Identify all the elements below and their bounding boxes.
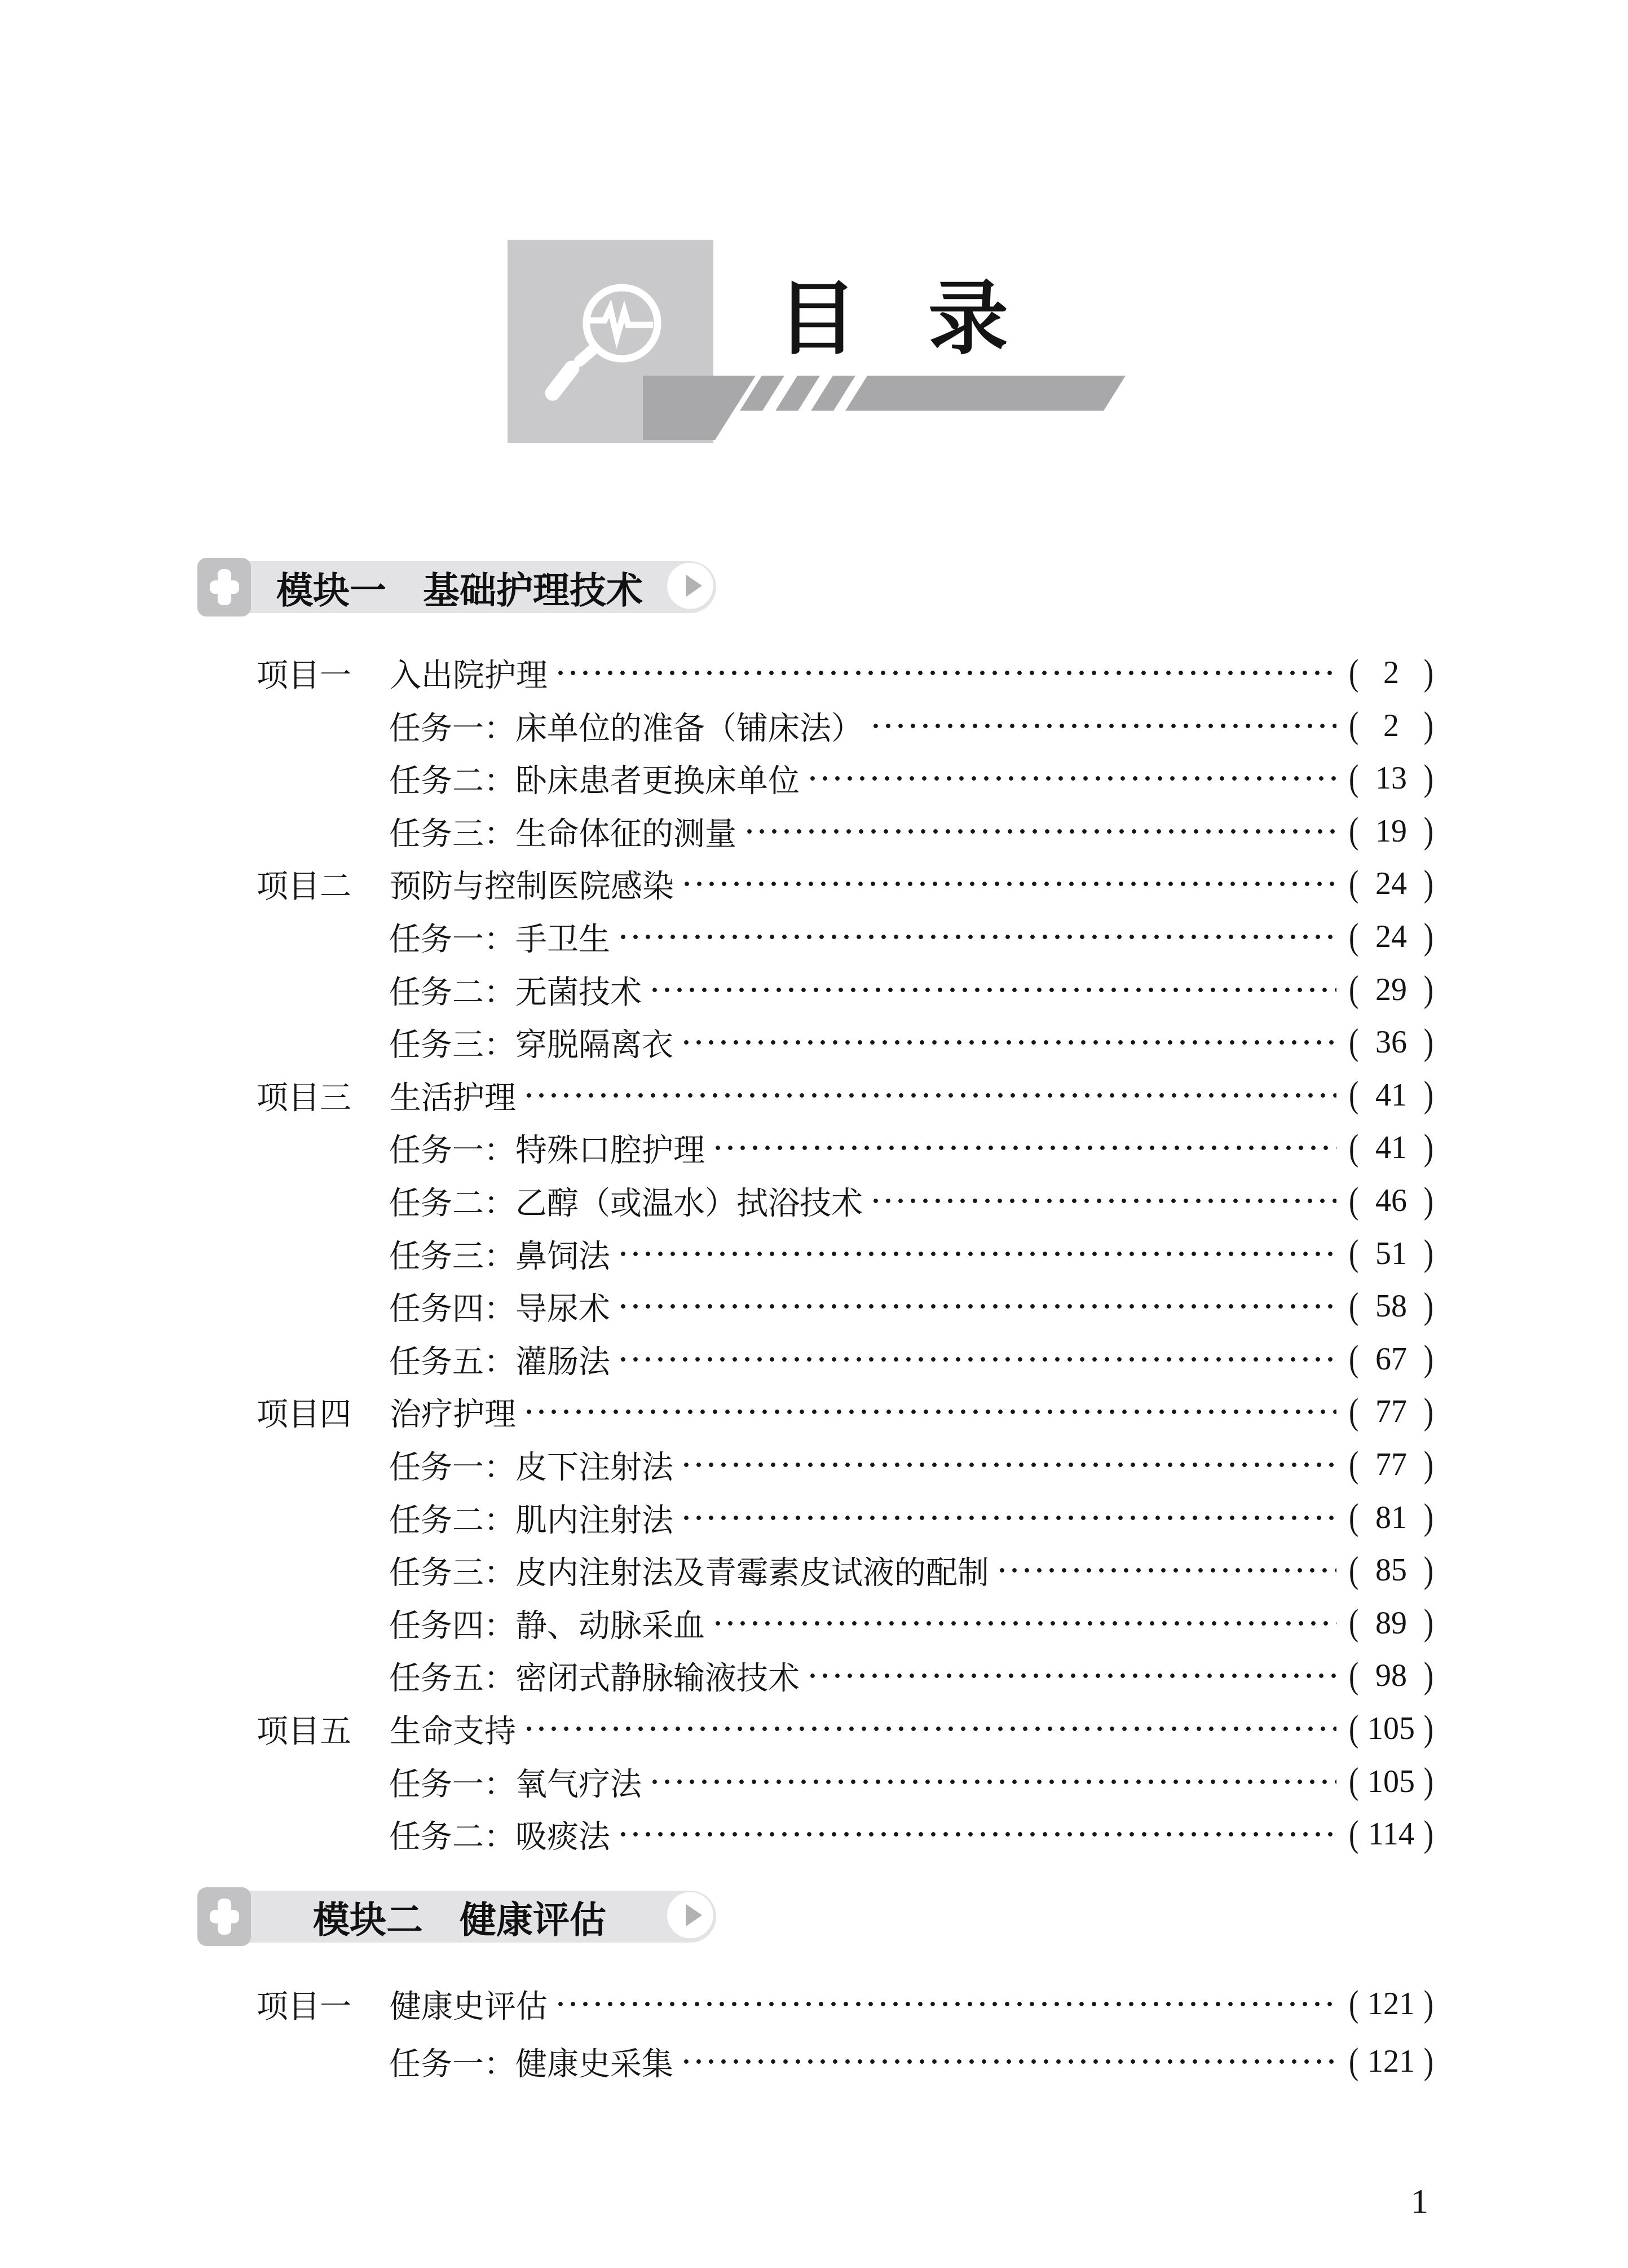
toc-entry-label: 任务一：手卫生 — [389, 914, 610, 959]
toc-entry-prefix: 项目五 — [257, 1706, 351, 1751]
toc-row: 任务三：生命体征的测量(19) — [389, 811, 1433, 852]
toc-page-number: (77) — [1349, 1394, 1433, 1430]
toc-row: 任务三：穿脱隔离衣(36) — [389, 1021, 1433, 1063]
dot-leader — [996, 1549, 1336, 1591]
toc-page-number: (29) — [1349, 972, 1433, 1008]
toc-entry-label: 任务三：穿脱隔离衣 — [389, 1020, 673, 1065]
toc-row: 项目一入出院护理(2) — [257, 652, 1433, 694]
page-number-value: 58 — [1375, 1288, 1407, 1324]
toc-row: 任务一：皮下注射法(77) — [389, 1444, 1433, 1486]
page-number-value: 41 — [1375, 1077, 1407, 1113]
toc-row: 项目二预防与控制医院感染(24) — [257, 863, 1433, 905]
page-number-value: 36 — [1375, 1024, 1407, 1060]
toc-page: 目 录 模块一 基础护理技术项目一入出院护理(2)任务一：床单位的准备（铺床法）… — [0, 0, 1628, 2268]
page-number-value: 121 — [1367, 1986, 1415, 2022]
page-number-value: 29 — [1375, 972, 1407, 1008]
toc-entry-label: 任务一：床单位的准备（铺床法） — [389, 703, 863, 748]
dot-leader — [523, 1391, 1336, 1433]
dot-leader — [743, 811, 1336, 852]
paren-open: ( — [1349, 1983, 1358, 2025]
dot-leader — [554, 652, 1336, 694]
dot-leader — [870, 705, 1336, 747]
toc-page-number: (58) — [1349, 1288, 1433, 1324]
paren-close: ) — [1424, 1233, 1433, 1275]
dot-leader — [523, 1074, 1336, 1116]
toc-entry-label: 生命支持 — [390, 1706, 516, 1751]
medical-cross-icon — [197, 1887, 251, 1949]
toc-entry-prefix: 项目二 — [257, 861, 351, 906]
page-number-value: 51 — [1375, 1236, 1407, 1272]
page-number-value: 85 — [1375, 1552, 1407, 1588]
paren-open: ( — [1349, 1233, 1358, 1275]
paren-close: ) — [1424, 1021, 1433, 1063]
page-number-value: 19 — [1375, 813, 1407, 849]
toc-entry-label: 任务三：生命体征的测量 — [389, 809, 736, 854]
dot-leader — [680, 1021, 1336, 1063]
toc-entry-label: 预防与控制医院感染 — [390, 861, 674, 906]
dot-leader — [617, 1233, 1336, 1275]
paren-close: ) — [1424, 1391, 1433, 1433]
toc-row: 任务一：手卫生(24) — [389, 916, 1433, 958]
module-banner-label: 模块二 健康评估 — [313, 1890, 606, 1943]
dot-leader — [680, 2041, 1336, 2082]
toc-entry-label: 任务五：灌肠法 — [389, 1337, 610, 1382]
toc-entry-label: 任务一：特殊口腔护理 — [389, 1125, 705, 1170]
toc-entry-label: 任务一：健康史采集 — [389, 2039, 673, 2084]
page-number-value: 77 — [1375, 1394, 1407, 1430]
page-number-value: 121 — [1367, 2044, 1415, 2080]
toc-row: 任务四：静、动脉采血(89) — [389, 1602, 1433, 1644]
paren-close: ) — [1424, 1983, 1433, 2025]
paren-close: ) — [1424, 1602, 1433, 1644]
toc-row: 项目三生活护理(41) — [257, 1074, 1433, 1116]
paren-close: ) — [1424, 705, 1433, 747]
page-number-value: 77 — [1375, 1447, 1407, 1483]
module-banner: 模块二 健康评估 — [197, 1891, 716, 1943]
module-banner-label: 模块一 基础护理技术 — [276, 561, 643, 614]
toc-page-number: (41) — [1349, 1130, 1433, 1166]
paren-open: ( — [1349, 1761, 1358, 1803]
dot-leader — [806, 1655, 1336, 1697]
paren-open: ( — [1349, 1285, 1358, 1327]
page-number-value: 114 — [1368, 1816, 1414, 1852]
dot-leader — [648, 1761, 1336, 1803]
paren-open: ( — [1349, 1549, 1358, 1591]
page-number-value: 41 — [1375, 1130, 1407, 1166]
paren-close: ) — [1424, 1128, 1433, 1169]
toc-page-number: (114) — [1349, 1816, 1433, 1852]
page-number-value: 98 — [1375, 1658, 1407, 1694]
dot-leader — [681, 863, 1336, 905]
paren-close: ) — [1424, 1549, 1433, 1591]
toc-page-number: (105) — [1349, 1764, 1433, 1800]
page-number-value: 67 — [1375, 1341, 1407, 1377]
paren-open: ( — [1349, 705, 1358, 747]
dot-leader — [680, 1497, 1336, 1539]
dot-leader — [617, 916, 1336, 958]
toc-page-number: (2) — [1349, 655, 1433, 691]
decor-band-slash — [775, 376, 820, 411]
dot-leader — [523, 1708, 1336, 1750]
toc-entry-prefix: 项目三 — [257, 1073, 351, 1118]
paren-close: ) — [1424, 2041, 1433, 2082]
page-number-value: 105 — [1367, 1711, 1415, 1747]
paren-open: ( — [1349, 864, 1358, 905]
paren-open: ( — [1349, 1655, 1358, 1697]
toc-entry-label: 任务四：导尿术 — [389, 1284, 610, 1329]
toc-page-number: (46) — [1349, 1183, 1433, 1219]
medical-cross-icon — [197, 558, 251, 619]
toc-row: 任务二：无菌技术(29) — [389, 969, 1433, 1011]
page-number-value: 46 — [1375, 1183, 1407, 1219]
toc-entry-label: 任务五：密闭式静脉输液技术 — [389, 1653, 800, 1698]
paren-open: ( — [1349, 2041, 1358, 2082]
page-number-value: 105 — [1367, 1764, 1415, 1800]
paren-close: ) — [1424, 1497, 1433, 1539]
paren-close: ) — [1424, 1813, 1433, 1855]
paren-open: ( — [1349, 1180, 1358, 1222]
page-title: 目 录 — [777, 278, 1004, 362]
dot-leader — [648, 969, 1336, 1011]
module-banner: 模块一 基础护理技术 — [197, 561, 716, 613]
paren-open: ( — [1349, 652, 1358, 694]
decor-band-bar — [845, 376, 1126, 411]
paren-open: ( — [1349, 1497, 1358, 1539]
toc-entry-label: 任务二：肌内注射法 — [389, 1495, 673, 1540]
toc-entry-label: 生活护理 — [390, 1073, 516, 1118]
paren-close: ) — [1424, 1285, 1433, 1327]
page-number-value: 2 — [1383, 708, 1399, 744]
paren-open: ( — [1349, 1074, 1358, 1116]
page-number-value: 2 — [1383, 655, 1399, 691]
paren-open: ( — [1349, 969, 1358, 1011]
paren-close: ) — [1424, 1180, 1433, 1222]
play-icon — [667, 563, 713, 612]
toc-row: 项目五生命支持(105) — [257, 1708, 1433, 1750]
paren-close: ) — [1424, 1761, 1433, 1803]
paren-open: ( — [1349, 1708, 1358, 1750]
toc-row: 项目四治疗护理(77) — [257, 1391, 1433, 1433]
toc-row: 任务五：密闭式静脉输液技术(98) — [389, 1655, 1433, 1697]
toc-row: 项目一健康史评估(121) — [257, 1983, 1433, 2025]
page-number-value: 89 — [1375, 1605, 1407, 1641]
toc-page-number: (51) — [1349, 1236, 1433, 1272]
paren-open: ( — [1349, 811, 1358, 852]
toc-entry-label: 任务二：无菌技术 — [389, 967, 642, 1012]
toc-entry-label: 任务二：乙醇（或温水）拭浴技术 — [389, 1178, 863, 1223]
toc-entry-label: 入出院护理 — [390, 650, 548, 695]
toc-page-number: (13) — [1349, 760, 1433, 796]
paren-close: ) — [1424, 1655, 1433, 1697]
toc-page-number: (24) — [1349, 866, 1433, 902]
toc-page-number: (105) — [1349, 1711, 1433, 1747]
dot-leader — [617, 1338, 1336, 1380]
paren-open: ( — [1349, 1128, 1358, 1169]
dot-leader — [617, 1813, 1336, 1855]
paren-open: ( — [1349, 1602, 1358, 1644]
dot-leader — [554, 1983, 1336, 2025]
dot-leader — [712, 1602, 1336, 1644]
toc-entry-label: 任务一：氧气疗法 — [389, 1759, 642, 1804]
toc-page-number: (24) — [1349, 919, 1433, 955]
toc-page-number: (81) — [1349, 1500, 1433, 1536]
toc-row: 任务二：吸痰法(114) — [389, 1813, 1433, 1855]
dot-leader — [870, 1180, 1336, 1222]
toc-page-number: (98) — [1349, 1658, 1433, 1694]
toc-row: 任务一：特殊口腔护理(41) — [389, 1127, 1433, 1169]
toc-row: 任务三：皮内注射法及青霉素皮试液的配制(85) — [389, 1549, 1433, 1591]
toc-row: 任务四：导尿术(58) — [389, 1285, 1433, 1327]
page-number-value: 81 — [1375, 1500, 1407, 1536]
paren-close: ) — [1424, 652, 1433, 694]
paren-open: ( — [1349, 1338, 1358, 1380]
paren-close: ) — [1424, 1074, 1433, 1116]
toc-row: 任务一：氧气疗法(105) — [389, 1761, 1433, 1803]
dot-leader — [617, 1285, 1336, 1327]
paren-close: ) — [1424, 1708, 1433, 1750]
toc-entry-label: 任务四：静、动脉采血 — [389, 1601, 705, 1646]
page-number-value: 24 — [1375, 866, 1407, 902]
page-folio: 1 — [1411, 2182, 1428, 2222]
toc-entry-label: 任务一：皮下注射法 — [389, 1442, 673, 1487]
toc-page-number: (85) — [1349, 1552, 1433, 1588]
toc-row: 任务五：灌肠法(67) — [389, 1338, 1433, 1380]
paren-open: ( — [1349, 1813, 1358, 1855]
paren-close: ) — [1424, 1444, 1433, 1486]
toc-row: 任务二：肌内注射法(81) — [389, 1497, 1433, 1539]
toc-entry-prefix: 项目一 — [257, 1981, 351, 2027]
paren-open: ( — [1349, 1021, 1358, 1063]
toc-page-number: (89) — [1349, 1605, 1433, 1641]
toc-page-number: (77) — [1349, 1447, 1433, 1483]
toc-row: 任务一：健康史采集(121) — [389, 2041, 1433, 2082]
toc-entry-label: 任务二：吸痰法 — [389, 1812, 610, 1857]
paren-open: ( — [1349, 916, 1358, 958]
paren-close: ) — [1424, 916, 1433, 958]
toc-entry-label: 治疗护理 — [390, 1389, 516, 1434]
toc-entry-label: 健康史评估 — [390, 1981, 548, 2027]
page-number-value: 24 — [1375, 919, 1407, 955]
dot-leader — [680, 1444, 1336, 1486]
toc-entry-label: 任务三：鼻饲法 — [389, 1231, 610, 1276]
toc-row: 任务三：鼻饲法(51) — [389, 1233, 1433, 1275]
toc-entry-prefix: 项目一 — [257, 650, 351, 695]
paren-close: ) — [1424, 758, 1433, 799]
toc-page-number: (2) — [1349, 708, 1433, 744]
toc-page-number: (36) — [1349, 1024, 1433, 1060]
dot-leader — [806, 758, 1336, 799]
toc-row: 任务二：卧床患者更换床单位(13) — [389, 758, 1433, 799]
toc-page-number: (67) — [1349, 1341, 1433, 1377]
toc-page-number: (121) — [1349, 2044, 1433, 2080]
toc-page-number: (41) — [1349, 1077, 1433, 1113]
paren-open: ( — [1349, 1444, 1358, 1486]
toc-row: 任务二：乙醇（或温水）拭浴技术(46) — [389, 1180, 1433, 1222]
page-number-value: 13 — [1375, 760, 1407, 796]
dot-leader — [712, 1127, 1336, 1169]
play-icon — [667, 1892, 713, 1941]
paren-open: ( — [1349, 758, 1358, 799]
paren-close: ) — [1424, 864, 1433, 905]
paren-close: ) — [1424, 1338, 1433, 1380]
toc-entry-prefix: 项目四 — [257, 1389, 351, 1434]
paren-close: ) — [1424, 811, 1433, 852]
toc-entry-label: 任务二：卧床患者更换床单位 — [389, 756, 800, 801]
toc-row: 任务一：床单位的准备（铺床法）(2) — [389, 705, 1433, 747]
toc-page-number: (19) — [1349, 813, 1433, 849]
paren-close: ) — [1424, 969, 1433, 1011]
toc-entry-label: 任务三：皮内注射法及青霉素皮试液的配制 — [389, 1548, 989, 1593]
paren-open: ( — [1349, 1391, 1358, 1433]
toc-page-number: (121) — [1349, 1986, 1433, 2022]
